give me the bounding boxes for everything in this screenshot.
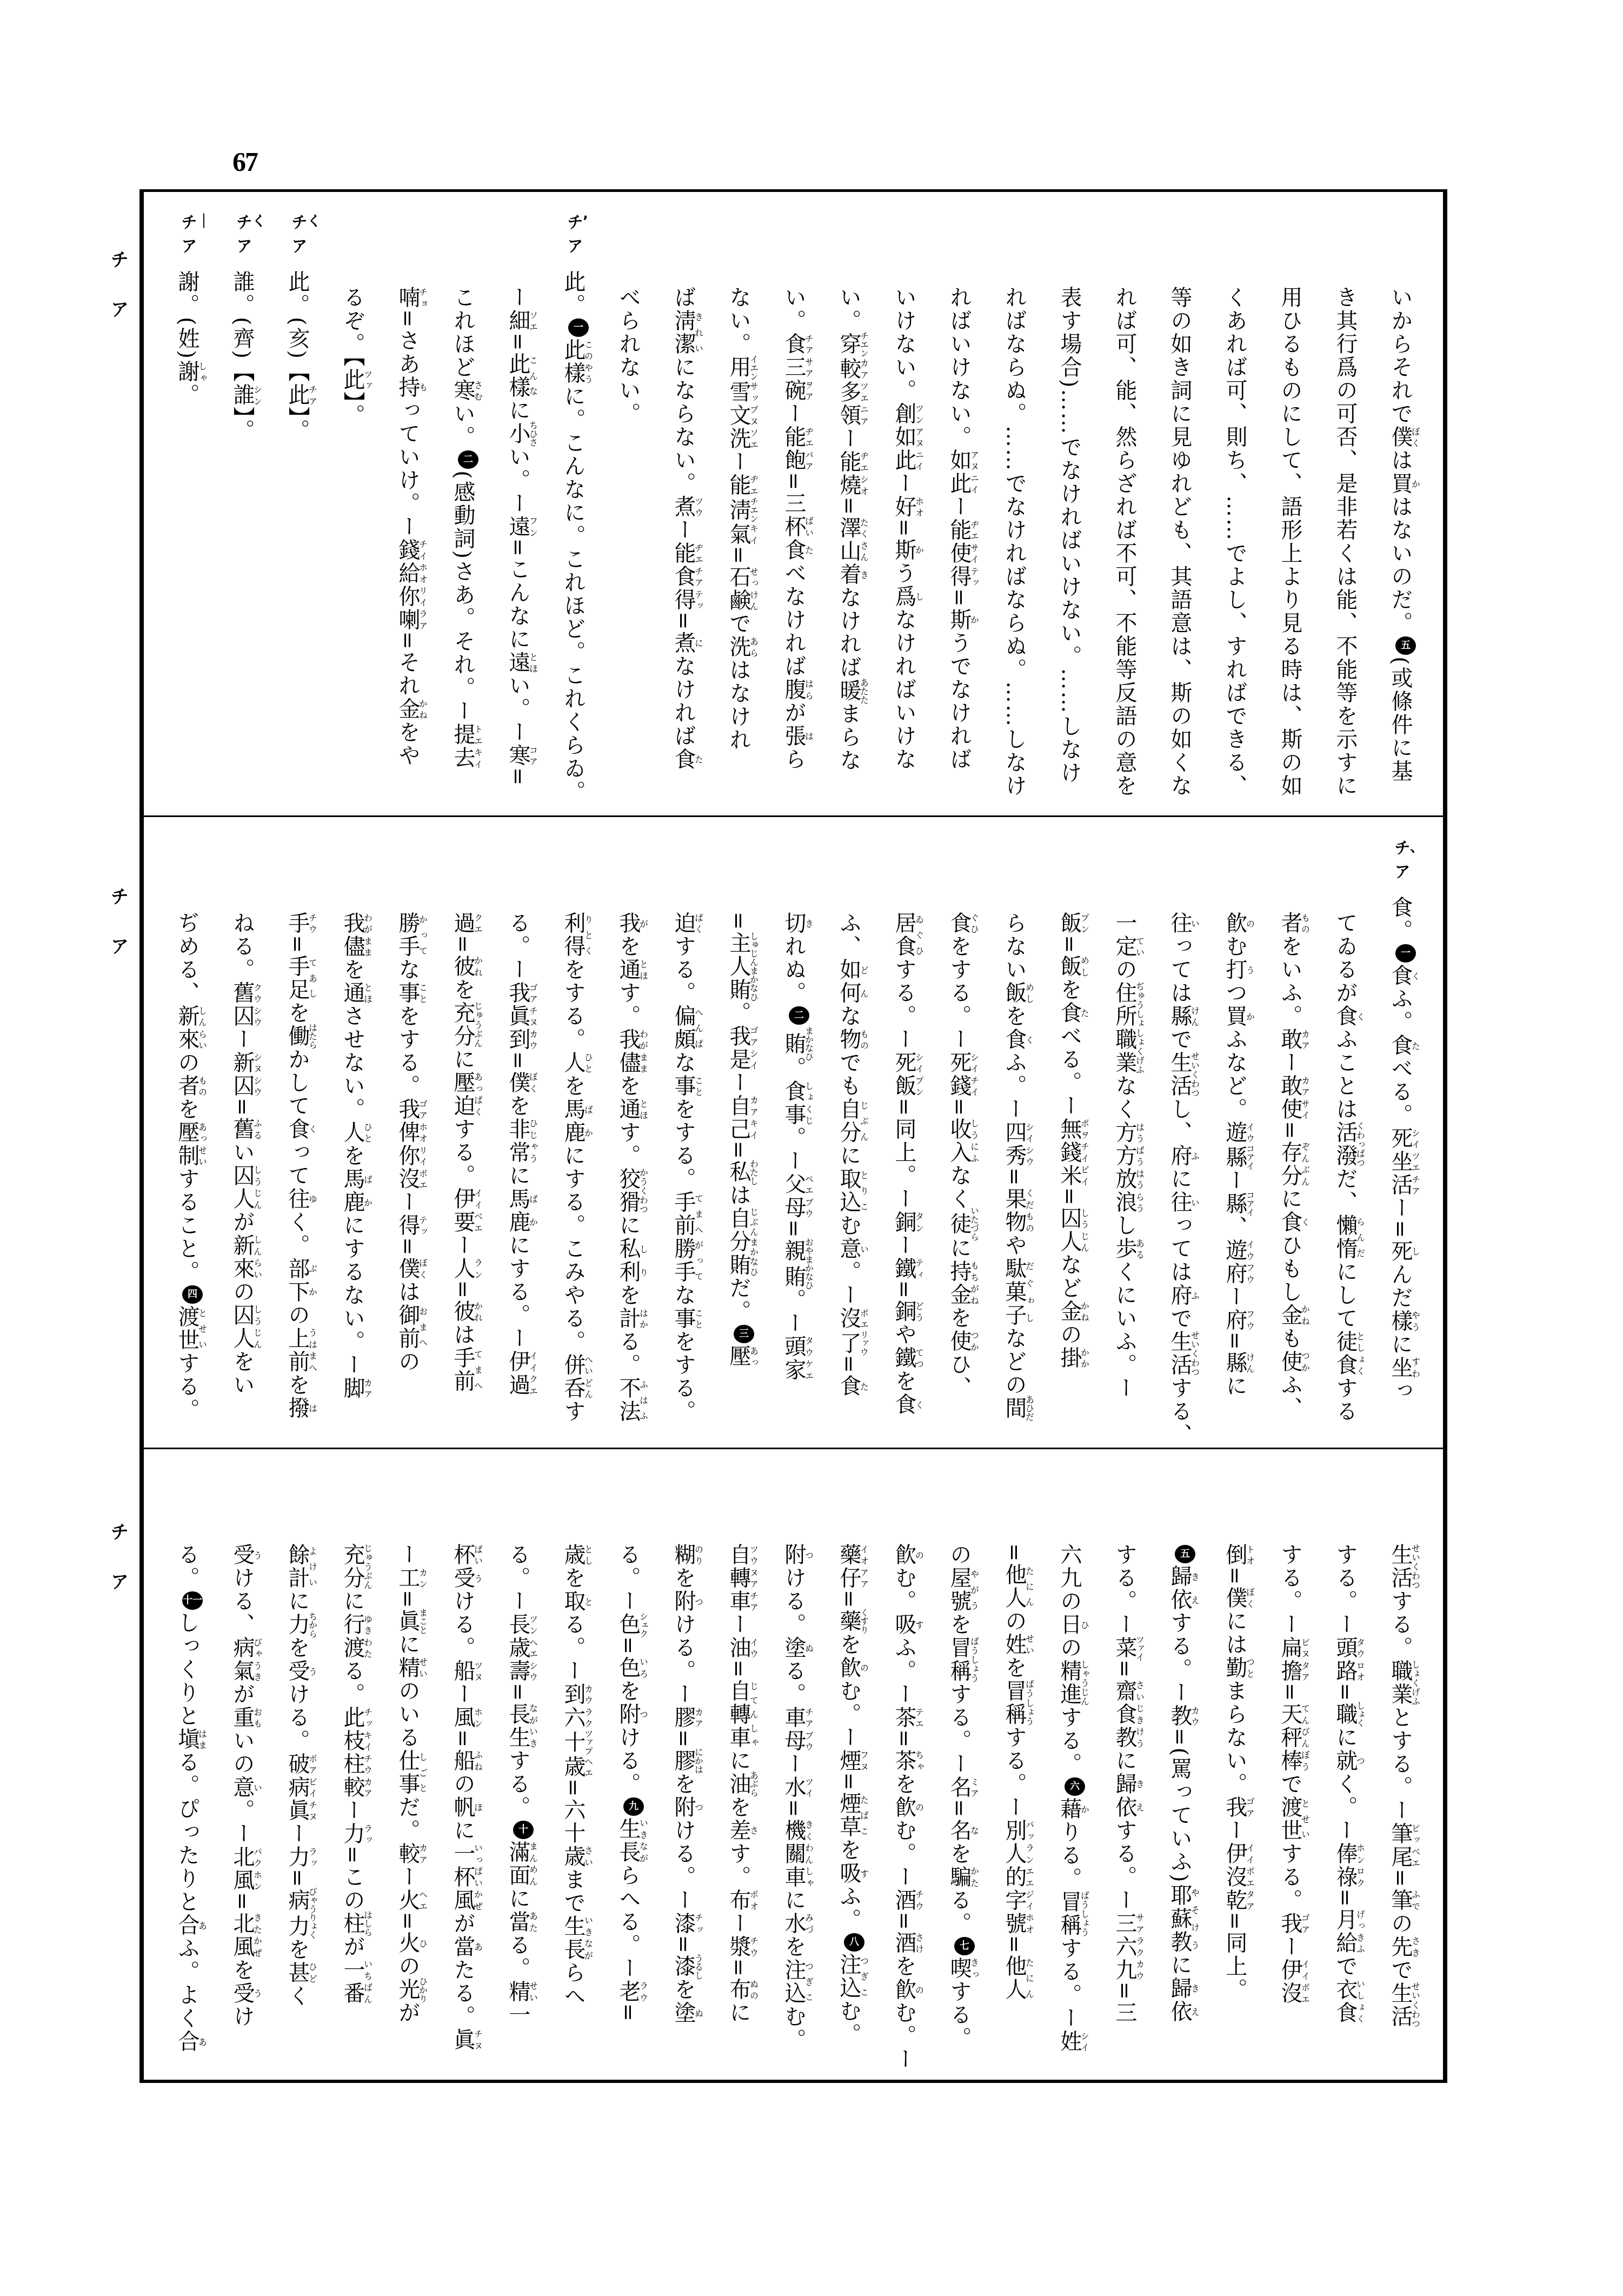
ruby-reading: イウ — [1245, 1121, 1255, 1144]
ruby-word: 打う — [1222, 958, 1247, 981]
ruby-word: 飽パア — [781, 449, 806, 472]
ruby-reading: ホオ — [418, 1121, 428, 1144]
ruby-word: 餘計よけい — [285, 1543, 310, 1590]
ruby-reading: こと — [694, 1074, 704, 1098]
ruby-reading: イオ — [859, 1543, 869, 1567]
ruby-reading: の — [914, 1543, 924, 1567]
ruby-word: 機關車きくわんしゃ — [781, 1819, 806, 1889]
text-column: 受うける、病氣びゃうきが重おもいの意い。ー北パク風ホン=北風きたかぜを受うけ — [215, 1449, 270, 2080]
text-column: 等の如き詞に見ゆれども、其語意は、斯の如くな — [1152, 192, 1207, 815]
text-column: する。ー菜ツァイ=齋食教さいじきけうに歸依きえする。ー三サア六ラク九カウ=三 — [1097, 1449, 1152, 2080]
ruby-reading: タア — [1245, 1889, 1255, 1912]
ruby-word: 喇ラア — [395, 608, 420, 632]
ruby-reading: やがう — [969, 1567, 980, 1613]
ruby-word: 風ホン — [450, 1706, 475, 1729]
column-text: 六九の日ひの精進しゃうじんする。六藉かりる。冒稱ばうしょうする。ー姓シイ — [1057, 1543, 1082, 2053]
ruby-reading: かれ — [473, 1300, 483, 1323]
ruby-word: 囚人しうじん — [230, 1164, 255, 1211]
ruby-word: 附つ — [616, 1703, 641, 1726]
ruby-reading: ツァ — [363, 368, 373, 391]
ruby-reading: かね — [1300, 1304, 1311, 1327]
ruby-reading: チア — [308, 383, 318, 407]
ruby-reading: チウ — [363, 1753, 373, 1776]
ruby-reading: ぼく — [418, 1257, 428, 1280]
ruby-word: 字ジイ — [1002, 1889, 1027, 1912]
ruby-word: 水ツイ — [781, 1776, 806, 1799]
ruby-reading: ふはふ — [638, 1377, 649, 1423]
ruby-word: 食ぐひ — [947, 912, 972, 935]
sense-number-badge: 五 — [1175, 1545, 1195, 1563]
ruby-reading: クエ — [473, 912, 483, 935]
ruby-word: 當あた — [505, 1910, 530, 1934]
ruby-reading: か — [914, 539, 924, 562]
dictionary-tier-middle: チア 、 食。一食くふ。食たべる。死シイ坐ツエ活チアー=死しんだ樣やうに坐すわっ… — [159, 818, 1428, 1448]
ruby-reading: シヌ — [252, 1051, 263, 1074]
text-column: る。ー我ゴア眞チヌ到カウ=僕ぼくを非常ひじゃうに馬鹿ばかにする。ー伊イイ過クエ — [490, 818, 546, 1448]
ruby-word: 號ホオ — [1002, 1912, 1027, 1935]
ruby-reading: うはまへ — [308, 1327, 318, 1373]
ruby-word: 此樣このやう — [561, 339, 586, 385]
ruby-word: 府ふ — [1167, 1284, 1192, 1307]
ruby-word: 囚人しうじん — [230, 1304, 255, 1350]
ruby-word: 煙フヌ — [836, 1749, 861, 1773]
ruby-reading: フウ — [1245, 1262, 1255, 1285]
ruby-word: 帆ほ — [450, 1796, 475, 1819]
ruby-reading: エエ — [1025, 1866, 1035, 1889]
ruby-word: 斯か — [947, 608, 972, 632]
ruby-word: 活潑くわっぱつ — [1333, 1121, 1358, 1167]
ruby-word: 部下ぶか — [285, 1257, 310, 1304]
text-column: 往いっては縣けんで生活せいくわつし、府ふに往いっては府ふで生活せいくわつする、 — [1152, 818, 1207, 1448]
ruby-word: 壓あっ — [726, 1345, 751, 1368]
ruby-reading: じゅうぶん — [473, 1001, 483, 1048]
column-text: する。ー菜ツァイ=齋食教さいじきけうに歸依きえする。ー三サア六ラク九カウ=三 — [1112, 1543, 1137, 2025]
ruby-word: 筆ふで — [1388, 1889, 1413, 1912]
ruby-reading: あたた — [859, 678, 869, 704]
ruby-reading: おも — [252, 1706, 263, 1729]
column-text: ればならぬ。……でなければならぬ。……しなけ — [1002, 286, 1027, 798]
column-text: る。ー長ツン歳ヘエ壽シウ=長生ながいきする。十滿面まんめんに當あたる。精せい一 — [505, 1543, 530, 2027]
ruby-reading: てつ — [914, 1346, 924, 1370]
ruby-word: 水みづ — [781, 1912, 806, 1935]
ruby-word: 沒ボエ — [1222, 1866, 1247, 1889]
column-text: 飮のむ。吸すふ。ー茶テエ=茶ちゃを飮のむ。ー酒チウ=酒さけを飮のむ。ー — [892, 1543, 916, 2071]
ruby-word: 事こと — [671, 1307, 696, 1330]
ruby-word: 掛かか — [1057, 1346, 1082, 1370]
ruby-reading: シイ — [969, 1051, 980, 1074]
ruby-word: 自分賄じぶんまかなひ — [726, 1207, 751, 1277]
ruby-word: 縣コアイ — [1222, 1192, 1247, 1216]
ruby-reading: リイ — [418, 1144, 428, 1167]
ruby-word: 物もの — [836, 1028, 861, 1051]
ruby-reading: い — [859, 1237, 869, 1260]
ruby-reading: じぶん — [859, 1098, 869, 1144]
text-column: るぞ。【此ツァ】。 — [325, 192, 380, 815]
ruby-reading: ラク — [1135, 1935, 1145, 1959]
ruby-reading: か — [1080, 1797, 1090, 1821]
ruby-reading: ばうしょう — [1025, 1680, 1035, 1726]
ruby-word: 能ヂエ — [947, 519, 972, 542]
column-text: 附つける。塗ぬる。車チア母ブウー水ツイ=機關車きくわんしゃに水みづを注込つぎこむ… — [781, 1543, 806, 2052]
ruby-word: 去キイ — [450, 746, 475, 769]
ruby-reading: シオ — [859, 474, 869, 497]
ruby-reading: はしら — [363, 1910, 373, 1936]
ruby-reading: す — [859, 1862, 869, 1885]
ruby-word: 手前勝手てまへがって — [671, 1191, 696, 1284]
ruby-reading: ほ — [473, 1796, 483, 1819]
ruby-reading: ヘエ — [418, 1889, 428, 1912]
ruby-reading: タウ — [804, 1335, 814, 1358]
ruby-word: 酒チウ — [892, 1889, 916, 1912]
ruby-word: 喫きっ — [947, 1957, 972, 1980]
ruby-reading: ソエ — [749, 427, 759, 450]
ruby-word: 風ホン — [230, 1869, 255, 1892]
ruby-reading: あっ — [749, 1345, 759, 1368]
ruby-word: 切き — [781, 912, 806, 935]
text-column: ー細ソエ=此樣こんなに小ちひさい。ー遠フン=こんなに遠とほい。ー寒コア= — [490, 192, 546, 815]
ruby-word: 一番いちばん — [340, 1959, 365, 2005]
ruby-reading: サア — [804, 356, 814, 379]
column-text: ふ、如何どんな物ものでも自分じぶんに取込とりこむ意い。ー沒ボエ了リァウ=食た — [836, 912, 861, 1398]
column-text: い。穿チエン較カア多ツエ領ニアー能ヂエ燒シオ=澤山たくさん着きなければ暖あたたま… — [836, 286, 861, 772]
ruby-word: 鐵てつ — [892, 1346, 916, 1370]
column-text: 飯プン=飯めしを食たべる。ー無ボヲ錢チイ米ビイ=囚人しうじんなど金かねの掛かか — [1057, 912, 1082, 1370]
ruby-word: 附つ — [671, 1590, 696, 1613]
ruby-word: 他人たにん — [1002, 1955, 1027, 2001]
ruby-word: 船ふね — [450, 1749, 475, 1773]
ruby-reading: あひだ — [1025, 1395, 1035, 1421]
column-text: い。食チア三サア碗ヲアー能ヂエ飽パア=三杯ばい食たべなければ腹はらが張はら — [781, 286, 806, 771]
column-row: 生活せいくわつする。職業しょくげふとする。ー筆ピッ尾ベエ=筆ふでの先さきで生活せ… — [159, 1449, 1428, 2080]
ruby-reading: ふ — [1190, 1284, 1200, 1307]
ruby-word: 往い — [1167, 1191, 1192, 1214]
ruby-reading: ぬ — [694, 2001, 704, 2025]
ruby-reading: ラウ — [638, 1980, 649, 2003]
ruby-word: 伊イイ — [450, 1187, 475, 1211]
ruby-word: 遊イウ — [1222, 1239, 1247, 1262]
ruby-reading: しごと — [418, 1749, 428, 1796]
ruby-reading: サイ — [1300, 1098, 1311, 1121]
entry-column: チア ｜ 謝。(姓)謝しゃ。 — [159, 192, 215, 815]
ruby-word: 歳とし — [561, 1543, 586, 1567]
ruby-word: 往ゆ — [285, 1187, 310, 1211]
ruby-word: 車チア — [726, 1590, 751, 1613]
ruby-word: 暖あたた — [836, 679, 861, 702]
ruby-reading: つ — [694, 1796, 704, 1819]
text-column: 五歸依きえする。ー教カウ=(罵っていふ)耶蘇教やそけうに歸依きえ — [1152, 1449, 1207, 2080]
ruby-word: 雪サッ — [726, 381, 751, 404]
column-text: 生活せいくわつする。職業しょくげふとする。ー筆ピッ尾ベエ=筆ふでの先さきで生活せ… — [1388, 1543, 1413, 2028]
ruby-reading: ロオ — [1355, 1660, 1366, 1683]
ruby-word: 轉ヌア — [726, 1567, 751, 1590]
text-column: 杯ぱい受うける。船ツヌー風ホン=船ふねの帆ほに一杯風いっぱいかぜが當あたる。眞チ… — [435, 1449, 490, 2080]
ruby-reading: チョ — [418, 286, 428, 309]
ruby-reading: ひ — [418, 1932, 428, 1955]
ruby-reading: タン — [914, 1211, 924, 1234]
column-text: てゐるが食くふことは活潑くわっぱつだ、懶惰らんだにして徒食としょくする — [1333, 912, 1358, 1423]
ruby-reading: しょくじ — [804, 1080, 814, 1126]
ruby-word: 爲し — [892, 585, 916, 608]
ruby-reading: せいくわつ — [1190, 1330, 1200, 1377]
ruby-reading: た — [1080, 1001, 1090, 1025]
ruby-reading: ベエ — [473, 1211, 483, 1234]
ruby-reading: カア — [418, 1842, 428, 1866]
ruby-word: 北風きたかぜ — [230, 1912, 255, 1959]
ruby-word: 我ゴア — [505, 981, 530, 1005]
ruby-reading: ラク — [583, 1706, 594, 1729]
ruby-word: 過クエ — [450, 912, 475, 935]
ruby-word: 併呑へいどん — [561, 1353, 586, 1400]
ruby-word: 無ボヲ — [1057, 1118, 1082, 1141]
ruby-word: 錢チイ — [395, 539, 420, 562]
ruby-reading: ゴア — [528, 981, 538, 1005]
ruby-word: 漆うるし — [671, 1955, 696, 1978]
ruby-reading: おまへ — [418, 1304, 428, 1350]
ruby-word: 沒ボエ — [1278, 1982, 1302, 2005]
sense-number-badge: 一 — [1395, 944, 1416, 963]
ruby-word: 長生ながいき — [505, 1703, 530, 1749]
ruby-word: 路ロオ — [1333, 1660, 1358, 1683]
ruby-reading: とし — [583, 1543, 594, 1567]
ruby-reading: びゃうりょく — [308, 1887, 318, 1939]
ruby-reading: テッ — [694, 588, 704, 612]
ruby-word: 方方放浪はうばうはうらう — [1112, 1121, 1137, 1214]
ruby-reading: ラン — [1025, 1842, 1035, 1866]
ruby-reading: もの — [1300, 912, 1311, 935]
sense-number-badge: 九 — [623, 1797, 644, 1816]
ruby-reading: ボエ — [418, 1167, 428, 1191]
ruby-reading: し — [914, 585, 924, 608]
ruby-reading: ぶか — [308, 1257, 318, 1304]
column-text: る。十一しっくりと塡はまる。ぴったりと合あふ。よく合あ — [175, 1543, 199, 2053]
ruby-word: 着き — [836, 563, 861, 586]
ruby-word: 持金もちがね — [947, 1260, 972, 1306]
ruby-word: 馬鹿ばか — [340, 1167, 365, 1214]
ruby-word: 僕ぼく — [1388, 426, 1413, 449]
ruby-reading: く — [308, 1118, 318, 1141]
ruby-reading: ラア — [418, 608, 428, 632]
ruby-word: 縣けん — [1167, 1005, 1192, 1028]
ruby-reading: あら — [749, 635, 759, 659]
ruby-reading: キイ — [473, 746, 483, 769]
ruby-word: 能ヂエ — [671, 542, 696, 565]
ruby-word: 藉か — [1057, 1797, 1082, 1821]
ruby-word: 酒さけ — [892, 1932, 916, 1955]
column-text: ない。用イエン雪サッ文ブヌ洗ソエー能ヂエ淸チエン氣キイ=石鹸せっけんで洗あらはな… — [726, 286, 751, 752]
ruby-word: 能ヂエ — [726, 474, 751, 497]
ruby-word: 就つ — [1333, 1749, 1358, 1773]
ruby-reading: う — [1245, 958, 1255, 981]
ruby-word: 精進しゃうじん — [1057, 1660, 1082, 1706]
text-column: 切きれぬ。二賄まかなひ。食事しょくじ。ー父母ペエブウ=親賄おやまかなひ。ー頭タウ… — [766, 818, 821, 1448]
ruby-reading: せい — [528, 1980, 538, 2003]
ruby-reading: クウ — [252, 981, 263, 1005]
ruby-reading: ゆ — [308, 1187, 318, 1211]
ruby-reading: シェク — [638, 1612, 649, 1638]
text-column: いけない。創ツン如アヌ此ニイー好ホオ=斯かう爲しなければいけな — [876, 192, 932, 815]
section-divider — [144, 815, 1443, 817]
text-column: 生活せいくわつする。職業しょくげふとする。ー筆ピッ尾ベエ=筆ふでの先さきで生活せ… — [1373, 1449, 1428, 2080]
ruby-reading: カア — [1300, 1074, 1311, 1098]
ruby-reading: ニイ — [969, 472, 980, 495]
ruby-word: 僕ぼく — [395, 1257, 420, 1280]
ruby-reading: かれ — [473, 955, 483, 978]
column-text: 飮のむ打うつ買かふなど。遊イウ縣コアイー縣コアイ、遊イウ府フウー府フウ=縣けんに — [1222, 912, 1247, 1398]
ruby-reading: さき — [1411, 1935, 1421, 1959]
ruby-reading: シウ — [528, 1660, 538, 1683]
ruby-reading: カア — [694, 1706, 704, 1729]
ruby-word: 事こと — [671, 1074, 696, 1098]
ruby-word: 到カウ — [561, 1683, 586, 1706]
ruby-word: 柱チウ — [340, 1753, 365, 1776]
ruby-reading: つ — [694, 1590, 704, 1613]
ruby-reading: てんびんぼう — [1300, 1703, 1311, 1773]
ruby-reading: もの — [859, 1028, 869, 1051]
column-text: いからそれで僕ぼくは買かはないのだ。五(或條件に基 — [1388, 286, 1413, 783]
ruby-word: 食く — [1278, 1211, 1302, 1234]
sense-number-badge: 十 — [513, 1821, 534, 1839]
ruby-reading: ふで — [1411, 1889, 1421, 1912]
ruby-reading: きえ — [1190, 1977, 1200, 2023]
ruby-word: 自ツウ — [726, 1543, 751, 1567]
ruby-word: 御前おまへ — [395, 1304, 420, 1350]
ruby-word: 糊のり — [671, 1543, 696, 1567]
text-column: 糊のりを附つける。ー膠カア=膠にかはを附つける。ー漆チッ=漆うるしを塗ぬ — [656, 1449, 711, 2080]
ruby-word: 非常ひじゃう — [505, 1118, 530, 1164]
text-column: き其行爲の可否、是非若くは能、不能等を示すに — [1318, 192, 1373, 815]
ruby-word: 此樣こんな — [505, 353, 530, 399]
ruby-reading: ぼく — [1411, 426, 1421, 449]
ruby-word: 好ホオ — [892, 495, 916, 519]
ruby-word: 滿面まんめん — [505, 1841, 530, 1887]
ruby-reading: かた — [969, 1866, 980, 1889]
ruby-reading: さいじきけう — [1135, 1680, 1145, 1749]
ruby-word: 我ゴア — [1222, 1796, 1247, 1819]
page-number: 67 — [232, 148, 257, 175]
column-text: 勝手かってな事ことをする。我ゴア俾ホオ你リイ沒ボエー得テッ=僕ぼくは御前おまへの — [395, 912, 420, 1373]
ruby-reading: たばこ — [859, 1792, 869, 1839]
column-text: 用ひるものにして、語形上より見る時は、斯の如 — [1278, 286, 1302, 798]
ruby-word: 住所職業ぢゅうしょしょくげふ — [1112, 981, 1137, 1074]
ruby-word: 食く — [1388, 964, 1413, 987]
column-text: ればいけない。如アヌ此ニイー能ヂエ使サイ得テッ=斯かうでなければ — [947, 286, 972, 771]
ruby-word: 食く — [1002, 1028, 1027, 1051]
column-text: 此。(亥)【此チア】。 — [285, 270, 310, 442]
ruby-reading: アヌ — [969, 449, 980, 472]
text-column: 食ぐひをする。ー死シイ錢チイ=收入しうにふなく徒いたづらに持金もちがねを使つかひ… — [932, 818, 987, 1448]
ruby-reading: てあし — [308, 955, 318, 1001]
ruby-word: 穿チエン — [836, 333, 861, 357]
column-text: る。ー色シェク=色いろを附つける。九生長いきながらへる。ー老ラウ= — [616, 1543, 641, 2023]
ruby-word: 自分じぶん — [836, 1098, 861, 1144]
ruby-reading: ヌア — [749, 1567, 759, 1590]
column-text: 五歸依きえする。ー教カウ=(罵っていふ)耶蘇教やそけうに歸依きえ — [1167, 1543, 1192, 2023]
ruby-word: 居食ゐぐひ — [892, 912, 916, 958]
ruby-word: 六ラク — [561, 1706, 586, 1729]
ruby-word: 膠にかは — [671, 1749, 696, 1773]
ruby-word: 利得りとく — [561, 912, 586, 958]
column-text: 此。一此樣このやうに。こんなに。これほど。これくらゐ。 — [561, 270, 586, 804]
ruby-reading: コア — [528, 744, 538, 767]
ruby-word: 多ツエ — [836, 381, 861, 404]
ruby-reading: めし — [1025, 981, 1035, 1005]
ruby-reading: き — [859, 563, 869, 586]
ruby-word: 生活せいくわつ — [1167, 1330, 1192, 1377]
ruby-reading: たくさん — [859, 516, 869, 563]
ruby-reading: う — [252, 1982, 263, 2005]
tone-mark: く — [307, 215, 323, 229]
ruby-word: 者もの — [175, 1074, 199, 1098]
ruby-reading: カン — [418, 1567, 428, 1590]
ruby-word: 得テッ — [671, 588, 696, 612]
column-text: =他人たにんの姓せいを冒稱ばうしょうする。ー別パッ人ラン的エエ字ジイ號ホオ=他人… — [1002, 1543, 1027, 2001]
ruby-word: 生長いきなが — [616, 1817, 641, 1864]
text-column: いからそれで僕ぼくは買かはないのだ。五(或條件に基 — [1373, 192, 1428, 815]
ruby-reading: はうばうはうらう — [1135, 1121, 1145, 1214]
ruby-reading: たにん — [1025, 1563, 1035, 1610]
ruby-word: 銅どう — [892, 1300, 916, 1323]
ruby-word: 病氣びゃうき — [230, 1636, 255, 1683]
text-column: ふ、如何どんな物ものでも自分じぶんに取込とりこむ意い。ー沒ボエ了リァウ=食た — [821, 818, 876, 1448]
column-text: ねる。舊クウ囚シウー新シヌ囚シウ=舊ふるい囚人しうじんが新來しんらいの囚人しうじ… — [230, 912, 255, 1397]
ruby-word: 自カア — [726, 1094, 751, 1118]
ruby-word: 伊イイ — [1278, 1959, 1302, 1982]
ruby-word: 勤つと — [1222, 1656, 1247, 1680]
sense-number-badge: 七 — [954, 1937, 975, 1955]
column-text: き其行爲の可否、是非若くは能、不能等を示すに — [1333, 286, 1358, 798]
ruby-word: 我ゴア — [395, 1098, 420, 1121]
ruby-reading: ちひさ — [528, 421, 538, 447]
ruby-reading: みづ — [804, 1912, 814, 1935]
ruby-reading: ティ — [914, 1257, 924, 1280]
text-column: る。ー色シェク=色いろを附つける。九生長いきながらへる。ー老ラウ= — [601, 1449, 656, 2080]
ruby-word: 甚ひど — [285, 1961, 310, 1985]
ruby-word: 上前うはまへ — [285, 1327, 310, 1373]
ruby-reading: ながいき — [528, 1703, 538, 1749]
ruby-word: 杯ばい — [781, 515, 806, 539]
ruby-reading: ふ — [1190, 1144, 1200, 1167]
text-column: 藥イオ仔アア=藥くすりを飮のむ。ー煙フヌ=煙草たばこを吸すふ。八注込つぎこむ。 — [821, 1449, 876, 2080]
ruby-word: 頭タウ — [1333, 1636, 1358, 1660]
ruby-word: 天秤棒てんびんぼう — [1278, 1703, 1302, 1773]
ruby-word: 飯めし — [1002, 981, 1027, 1005]
ruby-reading: さけ — [914, 1932, 924, 1955]
ruby-word: 生活せいくわつ — [1167, 1051, 1192, 1098]
tone-mark: ｜ — [197, 215, 212, 229]
ruby-word: 歳さい — [561, 1845, 586, 1868]
ruby-word: 力ラッ — [285, 1846, 310, 1869]
ruby-word: 食チア — [671, 565, 696, 588]
ruby-word: 謝しゃ — [175, 360, 199, 383]
ruby-reading: あ — [197, 2030, 208, 2053]
ruby-reading: ジイ — [1025, 1889, 1035, 1912]
ruby-reading: ツァプ — [583, 1729, 594, 1755]
ruby-reading: アア — [859, 1567, 869, 1590]
column-text: 受うける、病氣びゃうきが重おもいの意い。ー北パク風ホン=北風きたかぜを受うけ — [230, 1543, 255, 2028]
ruby-reading: チッ — [363, 1706, 373, 1729]
ruby-reading: きくわんしゃ — [804, 1819, 814, 1889]
ruby-reading: たにん — [1025, 1955, 1035, 2001]
ruby-reading: とほ — [363, 981, 373, 1005]
ruby-reading: トエ — [473, 723, 483, 746]
ruby-reading: う — [308, 1660, 318, 1683]
ruby-word: 船ツヌ — [450, 1660, 475, 1683]
ruby-reading: キイ — [363, 1729, 373, 1753]
ruby-reading: い — [1190, 912, 1200, 935]
ruby-word: 老ラウ — [616, 1980, 641, 2003]
ruby-reading: きたかぜ — [252, 1912, 263, 1959]
ruby-word: 如アヌ — [947, 449, 972, 472]
